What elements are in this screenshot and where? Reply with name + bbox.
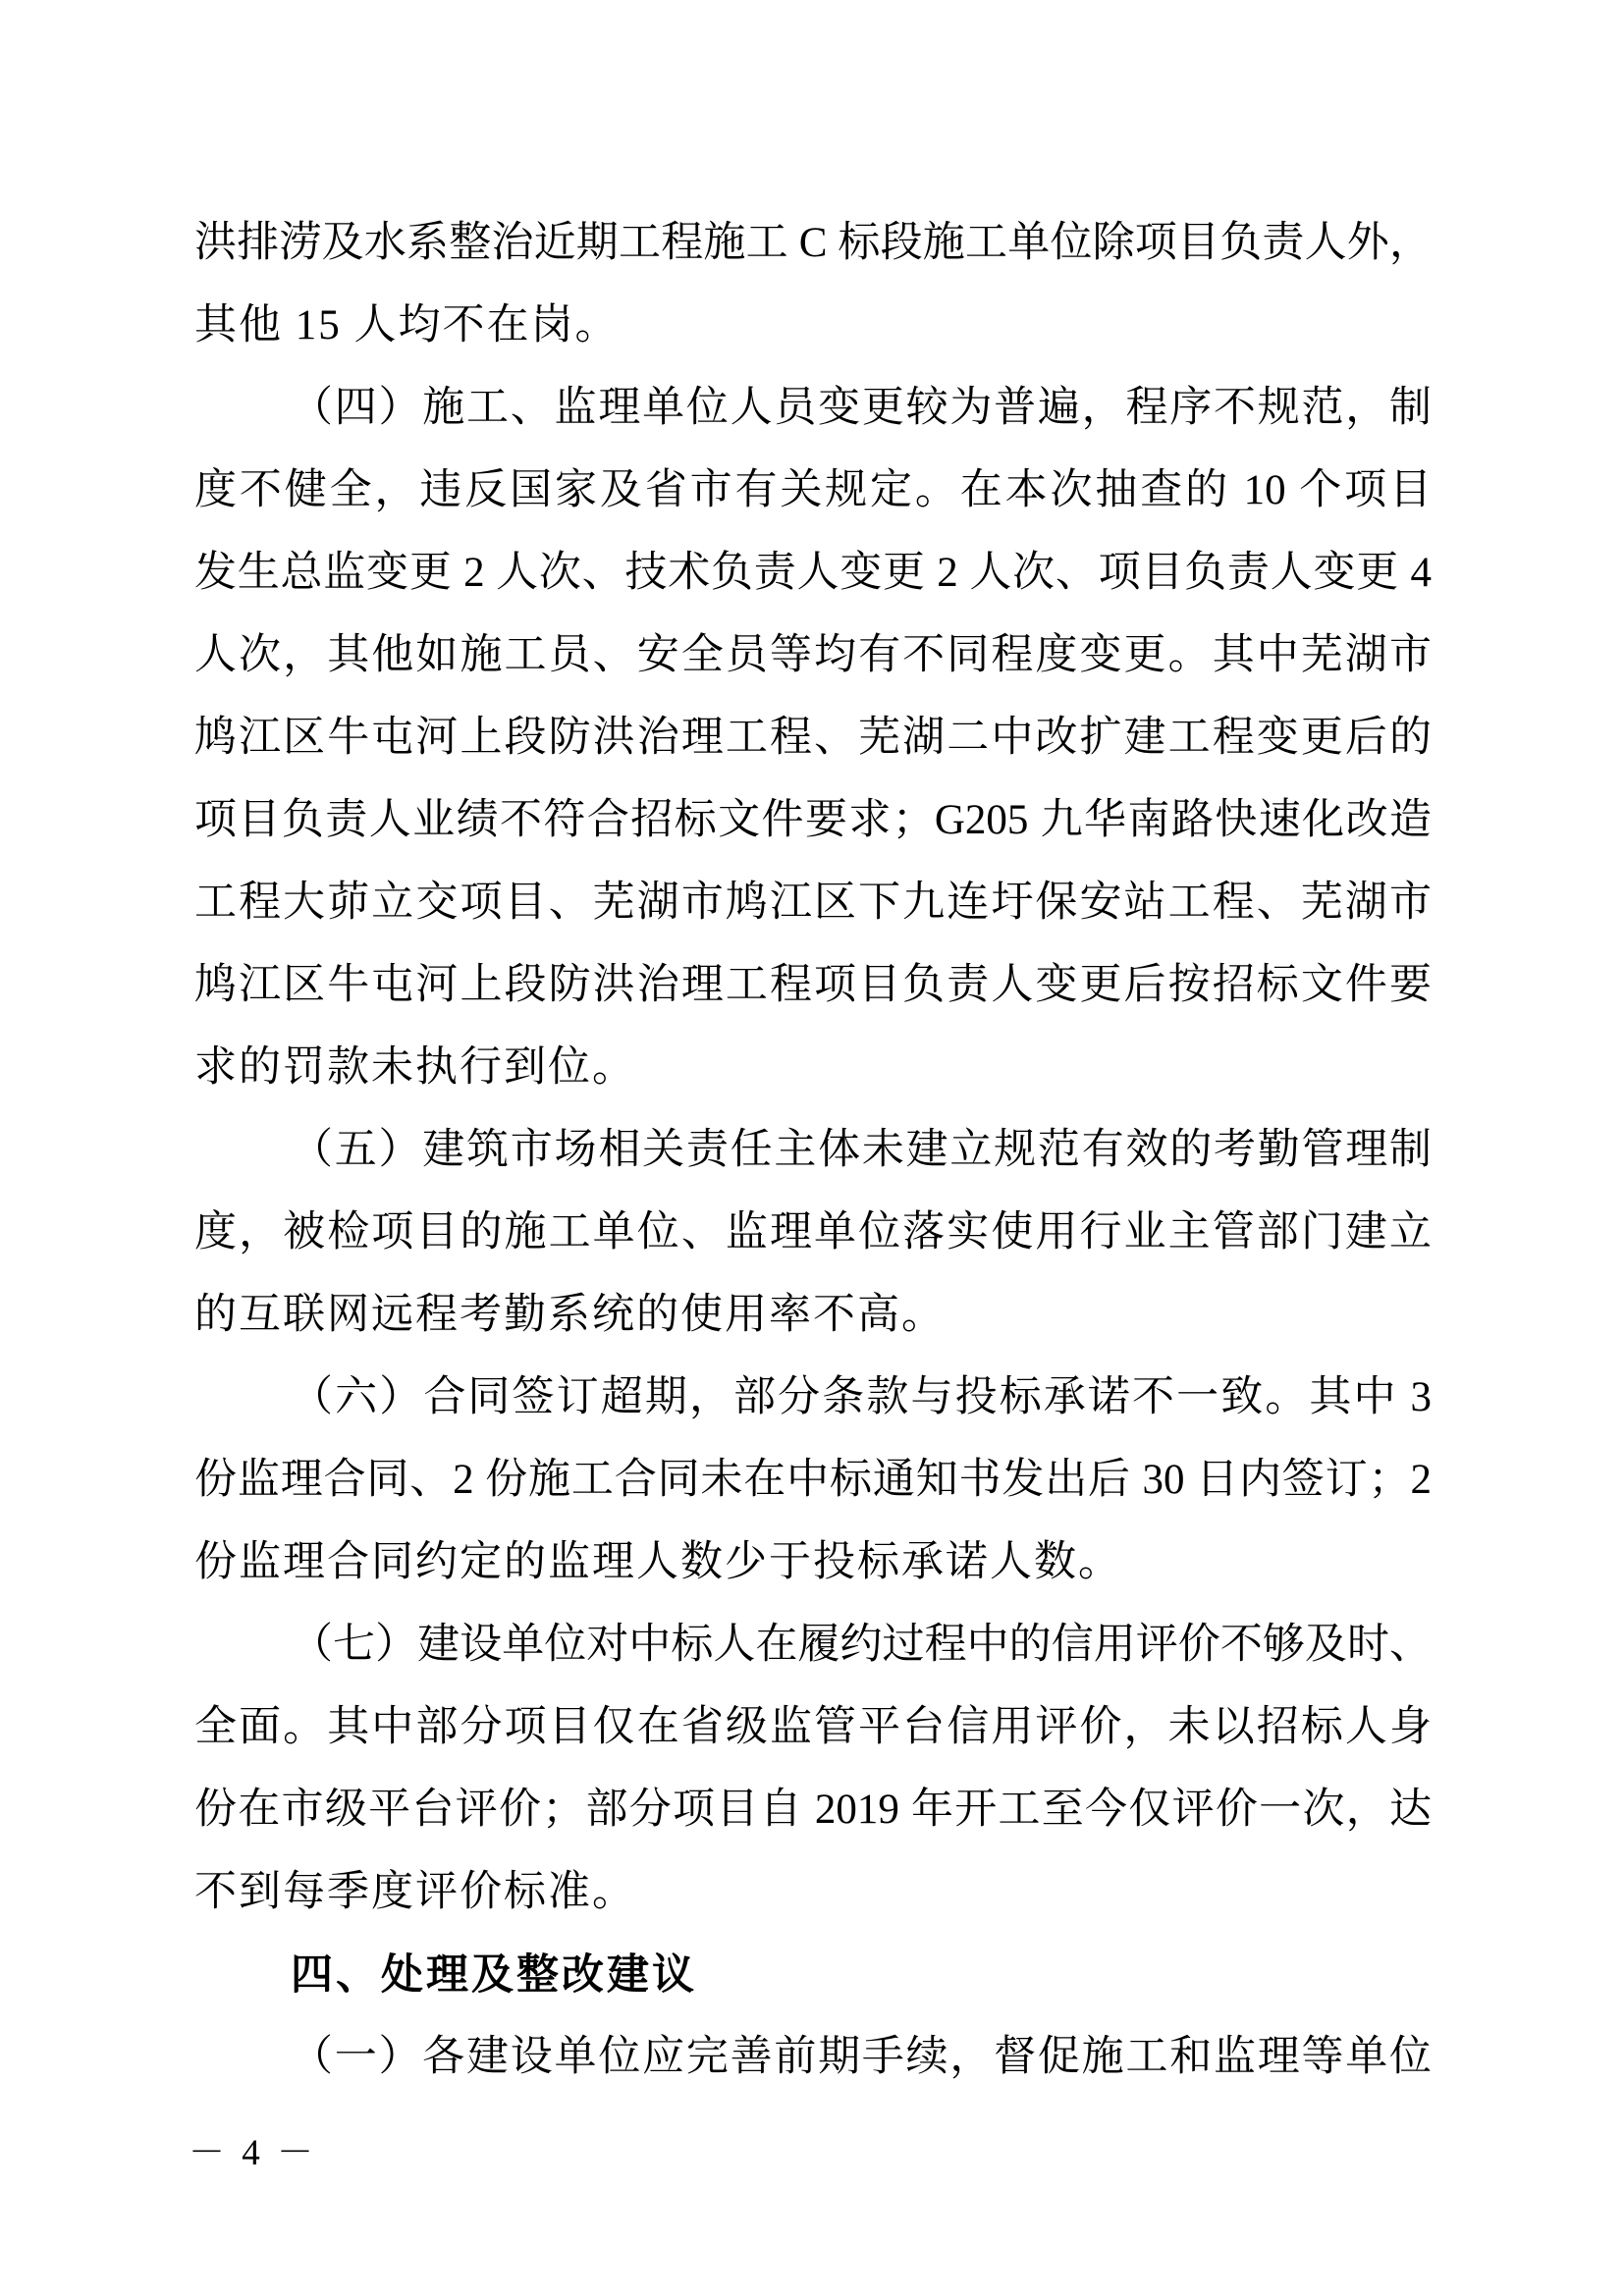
text-line: 工程大茆立交项目、芜湖市鸠江区下九连圩保安站工程、芜湖市 [194,862,1432,944]
page-number: － 4 － [189,2132,317,2175]
text-line: 份在市级平台评价；部分项目自 2019 年开工至今仅评价一次，达 [194,1769,1432,1851]
document-page: 洪排涝及水系整治近期工程施工 C 标段施工单位除项目负责人外，其他 15 人均不… [0,0,1624,2296]
paragraph: （七）建设单位对中标人在履约过程中的信用评价不够及时、全面。其中部分项目仅在省级… [194,1604,1432,1934]
text-line: 求的罚款未执行到位。 [194,1027,1432,1109]
text-line: （一）各建设单位应完善前期手续，督促施工和监理等单位 [194,2016,1432,2099]
section-heading: 四、处理及整改建议 [194,1934,1432,2016]
text-line: （七）建设单位对中标人在履约过程中的信用评价不够及时、 [194,1604,1432,1686]
text-line: （四）施工、监理单位人员变更较为普遍，程序不规范，制 [194,367,1432,450]
paragraph: （一）各建设单位应完善前期手续，督促施工和监理等单位 [194,2016,1432,2099]
document-body: 洪排涝及水系整治近期工程施工 C 标段施工单位除项目负责人外，其他 15 人均不… [194,202,1432,2099]
text-line: 度不健全，违反国家及省市有关规定。在本次抽查的 10 个项目中， [194,450,1432,532]
paragraph: （四）施工、监理单位人员变更较为普遍，程序不规范，制度不健全，违反国家及省市有关… [194,367,1432,1109]
text-line: 发生总监变更 2 人次、技术负责人变更 2 人次、项目负责人变更 4 [194,532,1432,614]
text-line: 度，被检项目的施工单位、监理单位落实使用行业主管部门建立 [194,1192,1432,1274]
text-line: 项目负责人业绩不符合招标文件要求；G205 九华南路快速化改造 [194,779,1432,862]
text-line: 其他 15 人均不在岗。 [194,285,1432,367]
text-line: 人次，其他如施工员、安全员等均有不同程度变更。其中芜湖市 [194,614,1432,697]
paragraph: （六）合同签订超期，部分条款与投标承诺不一致。其中 3份监理合同、2 份施工合同… [194,1357,1432,1604]
text-line: 份监理合同约定的监理人数少于投标承诺人数。 [194,1522,1432,1604]
text-line: 鸠江区牛屯河上段防洪治理工程项目负责人变更后按招标文件要 [194,944,1432,1027]
paragraph: （五）建筑市场相关责任主体未建立规范有效的考勤管理制度，被检项目的施工单位、监理… [194,1109,1432,1357]
text-line: （六）合同签订超期，部分条款与投标承诺不一致。其中 3 [194,1357,1432,1439]
heading-line: 四、处理及整改建议 [194,1934,1432,2016]
text-line: （五）建筑市场相关责任主体未建立规范有效的考勤管理制 [194,1109,1432,1192]
text-line: 鸠江区牛屯河上段防洪治理工程、芜湖二中改扩建工程变更后的 [194,697,1432,779]
text-line: 的互联网远程考勤系统的使用率不高。 [194,1274,1432,1357]
text-line: 份监理合同、2 份施工合同未在中标通知书发出后 30 日内签订；2 [194,1439,1432,1522]
text-line: 不到每季度评价标准。 [194,1851,1432,1934]
paragraph: 洪排涝及水系整治近期工程施工 C 标段施工单位除项目负责人外，其他 15 人均不… [194,202,1432,367]
text-line: 洪排涝及水系整治近期工程施工 C 标段施工单位除项目负责人外， [194,202,1432,285]
text-line: 全面。其中部分项目仅在省级监管平台信用评价，未以招标人身 [194,1686,1432,1769]
